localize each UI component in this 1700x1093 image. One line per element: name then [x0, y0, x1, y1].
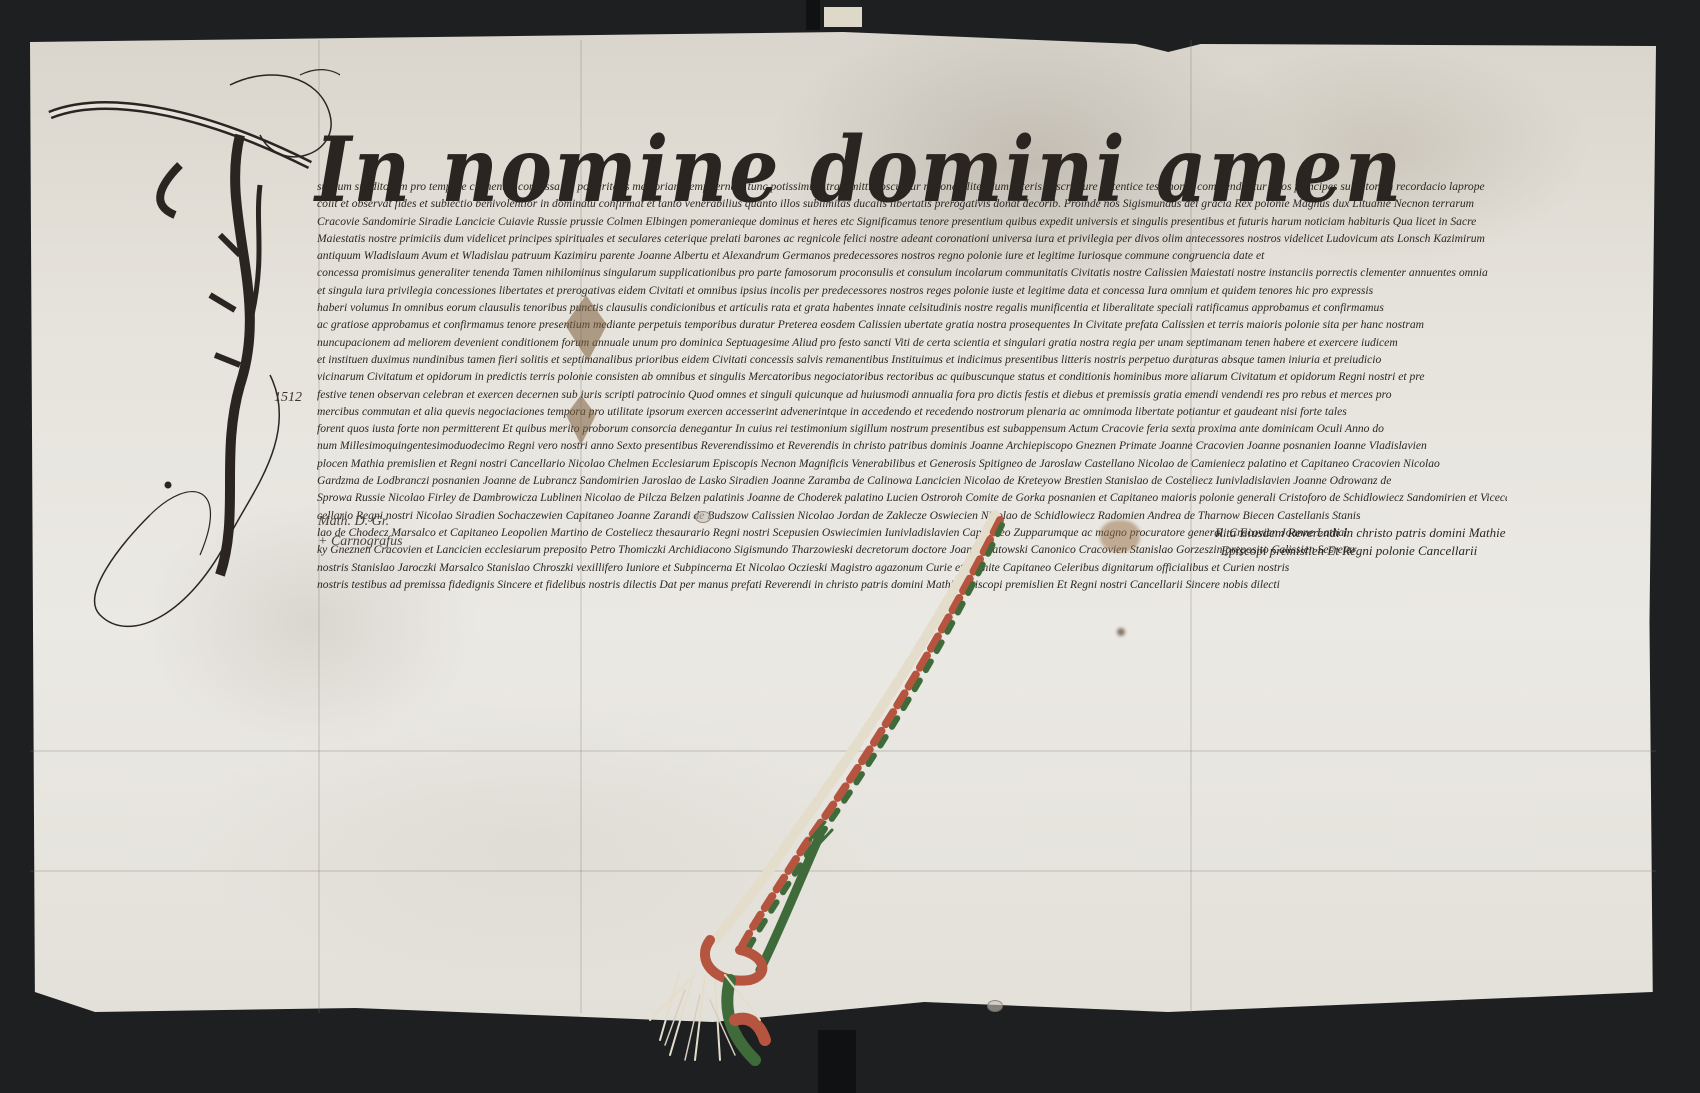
chancery-note: R.ta Eiusdem Reverendi in christo patris… — [1215, 524, 1506, 560]
text-line: plocen Mathia premislien et Regni nostri… — [317, 455, 1507, 472]
text-line: vicinarum Civitatum et opidorum in predi… — [317, 368, 1507, 385]
seal-cord-tassel — [640, 500, 1040, 1093]
scribe-signature: Math. D. Gr. + Carnografus — [318, 512, 403, 552]
text-line: suorum subditorum pro tempore clementer … — [317, 178, 1507, 195]
text-line: festive tenen observan celebran et exerc… — [317, 386, 1507, 403]
text-line: antiquum Wladislaum Avum et Wladislau pa… — [317, 247, 1507, 264]
stain — [1100, 520, 1140, 552]
text-line: Cracovie Sandomirie Siradie Lancicie Cui… — [317, 213, 1507, 230]
chancery-note-line: Episcopi premislien Et Regni polonie Can… — [1215, 542, 1506, 560]
text-line: forent quos iusta forte non permitterent… — [317, 420, 1507, 437]
text-line: Maiestatis nostre primiciis dum videlice… — [317, 230, 1507, 247]
text-line: nuncupacionem ad meliorem devenient cond… — [317, 334, 1507, 351]
text-line: concessa promisimus generaliter tenenda … — [317, 264, 1507, 281]
backdrop-strip-left — [806, 0, 820, 30]
text-line: num Millesimoquingentesimoduodecimo Regn… — [317, 437, 1507, 454]
mounting-tab — [824, 7, 862, 27]
margin-date: 1512 — [274, 390, 302, 406]
signature-line: Math. D. Gr. — [318, 512, 403, 532]
decorated-initial-i — [40, 55, 340, 655]
text-line: Gardzma de Lodbranczi posnanien Joanne d… — [317, 472, 1507, 489]
chancery-note-line: R.ta Eiusdem Reverendi in christo patris… — [1215, 524, 1506, 542]
text-line: ac gratiose approbamus et confirmamus te… — [317, 316, 1507, 333]
text-line: colit et observat fides et subiectio ben… — [317, 195, 1507, 212]
text-line: et singula iura privilegia concessiones … — [317, 282, 1507, 299]
text-line: et instituen duximus nundinibus tamen fi… — [317, 351, 1507, 368]
signature-line: + Carnografus — [318, 532, 403, 552]
text-line: haberi volumus In omnibus eorum clausuli… — [317, 299, 1507, 316]
text-line: mercibus commutan et alia quevis negocia… — [317, 403, 1507, 420]
stain — [1117, 628, 1125, 636]
